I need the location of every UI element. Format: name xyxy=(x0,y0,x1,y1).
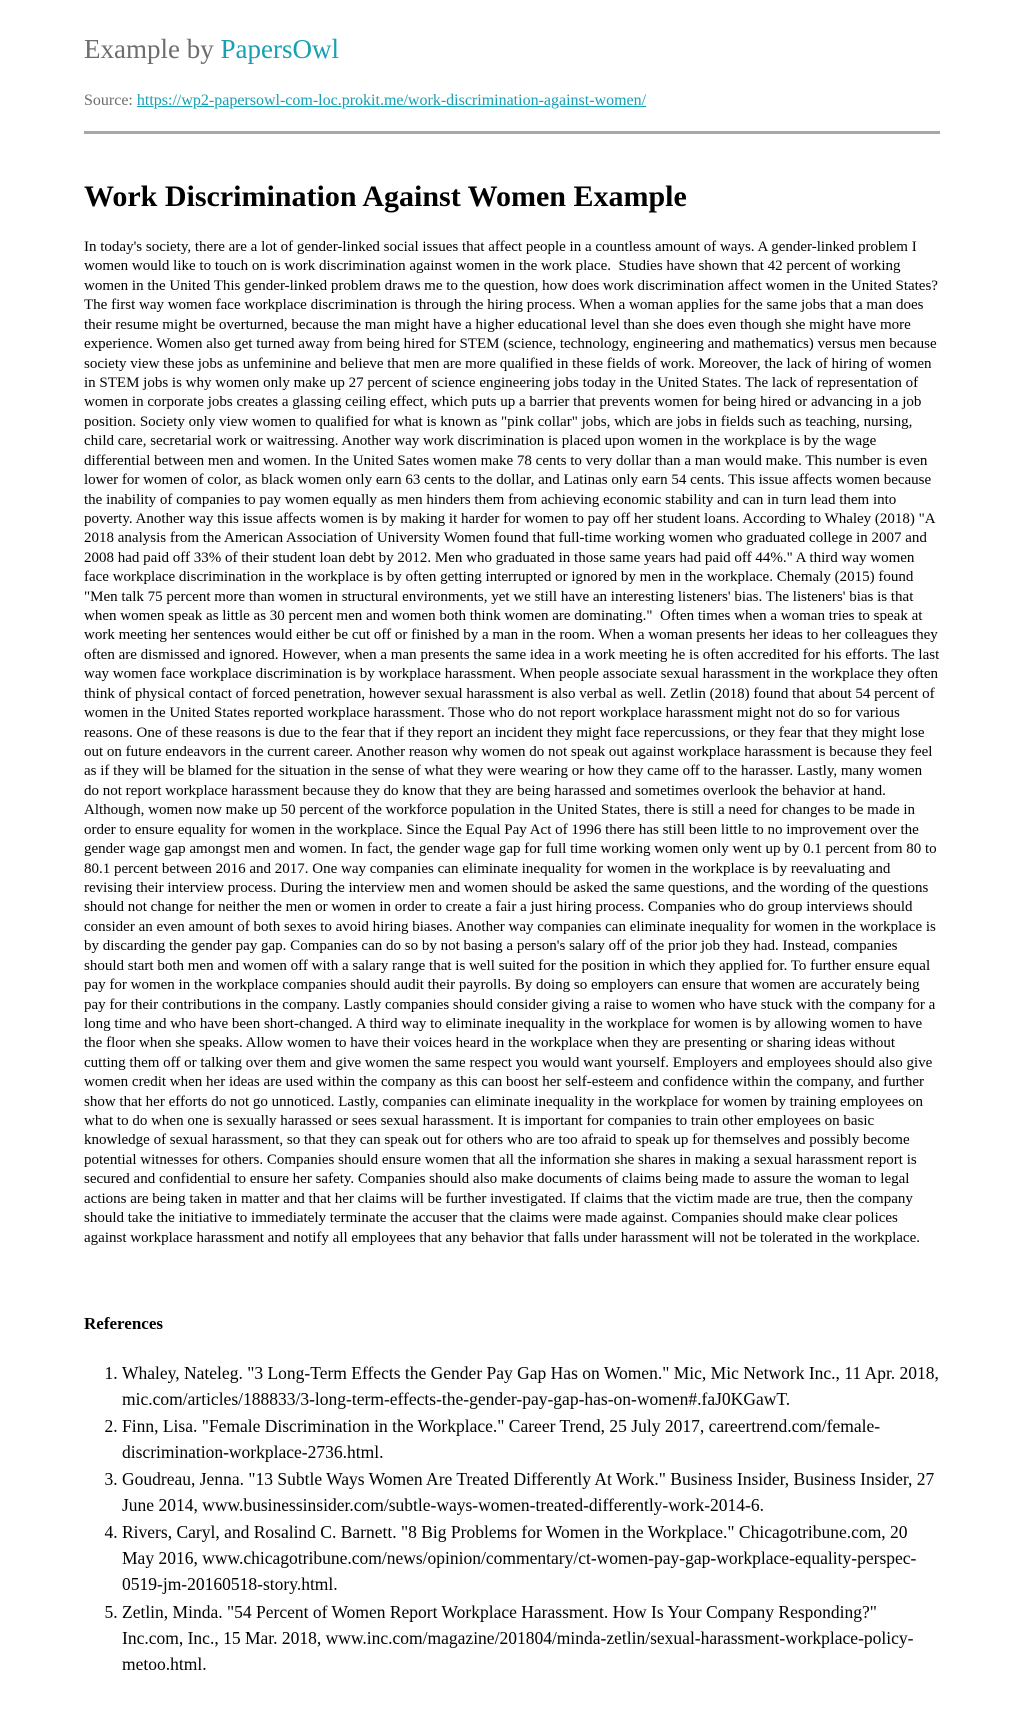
reference-item: Whaley, Nateleg. "3 Long-Term Effects th… xyxy=(122,1360,940,1412)
source-label: Source: xyxy=(84,92,137,109)
article-title: Work Discrimination Against Women Exampl… xyxy=(84,180,940,213)
document-page: Example by PapersOwl Source: https://wp2… xyxy=(0,0,1024,1718)
header-divider xyxy=(84,131,940,134)
reference-item: Goudreau, Jenna. "13 Subtle Ways Women A… xyxy=(122,1466,940,1518)
reference-item: Zetlin, Minda. "54 Percent of Women Repo… xyxy=(122,1599,940,1677)
header-prefix-text: Example by xyxy=(84,34,220,64)
reference-item: Finn, Lisa. "Female Discrimination in th… xyxy=(122,1413,940,1465)
header-brand-line: Example by PapersOwl xyxy=(84,34,940,65)
references-list: Whaley, Nateleg. "3 Long-Term Effects th… xyxy=(84,1360,940,1677)
source-line: Source: https://wp2-papersowl-com-loc.pr… xyxy=(84,92,940,110)
essay-body-text: In today's society, there are a lot of g… xyxy=(84,238,940,1248)
source-url-link[interactable]: https://wp2-papersowl-com-loc.prokit.me/… xyxy=(137,92,646,109)
brand-name: PapersOwl xyxy=(220,34,338,64)
reference-item: Rivers, Caryl, and Rosalind C. Barnett. … xyxy=(122,1519,940,1597)
references-heading: References xyxy=(84,1314,940,1334)
